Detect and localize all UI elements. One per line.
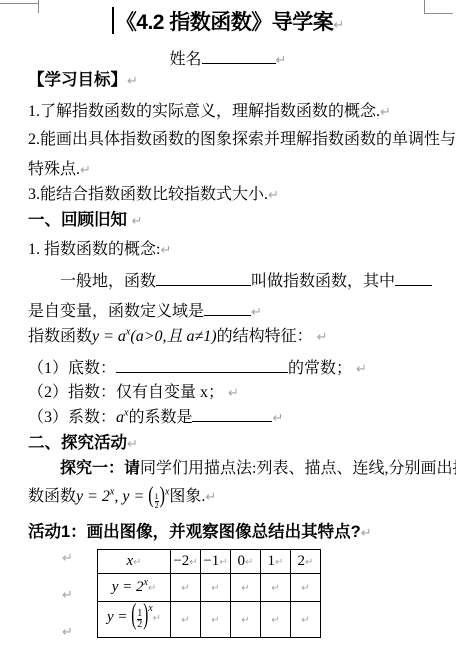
paragraph-mark: ↵ — [132, 214, 143, 229]
cell-mark: ↵ — [181, 583, 189, 594]
table-row-yhalfx: y = (12)x↵ ↵ ↵ ↵ ↵ ↵ — [98, 602, 321, 638]
paragraph-mark: ↵ — [205, 490, 216, 505]
empty-value-cell[interactable]: ↵ — [171, 574, 201, 602]
table-header-row: x↵ −2↵ −1↵ 0↵ 1↵ 2↵ — [98, 550, 321, 574]
cell-mark: ↵ — [181, 615, 189, 626]
row-label-y2x-cell[interactable]: y = 2x↵ — [98, 574, 171, 602]
feature-3-math: a — [116, 409, 124, 426]
header-value: −1 — [203, 553, 219, 569]
feature-2-text: （2）指数：仅有自变量 x； — [28, 384, 224, 401]
paragraph-mark: ↵ — [80, 163, 91, 178]
explore-header: 二、探究活动 — [28, 434, 127, 452]
table-header-cell[interactable]: −2↵ — [171, 550, 201, 574]
explore-formula-pre: 数函数 — [28, 488, 76, 505]
cell-mark: ↵ — [245, 557, 253, 568]
cell-mark: ↵ — [305, 557, 313, 568]
goal-2-line-2: 特殊点.↵ — [28, 160, 91, 181]
paragraph-mark: ↵ — [62, 551, 73, 566]
fraction-denominator: 2 — [137, 619, 142, 630]
paragraph-mark: ↵ — [251, 305, 262, 320]
empty-value-cell[interactable]: ↵ — [261, 602, 291, 638]
table-header-cell[interactable]: 0↵ — [231, 550, 261, 574]
header-value: 0 — [238, 553, 246, 569]
one-half-fraction: 12 — [155, 493, 159, 510]
goal-3-text: 3.能结合指数函数比较指数式大小. — [28, 186, 268, 203]
concept-line-2: 是自变量，函数定义域是↵ — [28, 300, 262, 323]
empty-value-cell[interactable]: ↵ — [261, 574, 291, 602]
empty-value-cell[interactable]: ↵ — [201, 574, 231, 602]
table-header-cell[interactable]: 2↵ — [291, 550, 321, 574]
concept-title-line: 1. 指数函数的概念:↵ — [28, 240, 171, 261]
text-cursor — [112, 7, 114, 34]
goal-3-line: 3.能结合指数函数比较指数式大小.↵ — [28, 185, 279, 206]
cell-mark: ↵ — [241, 583, 249, 594]
paragraph-mark: ↵ — [160, 243, 171, 258]
goal-2-text-1: 2.能画出具体指数函数的图象探索并理解指数函数的单调性与 — [28, 131, 456, 148]
page-title: 《4.2 指数函数》导学案 — [116, 11, 334, 34]
goal-2-line-1: 2.能画出具体指数函数的图象探索并理解指数函数的单调性与 — [28, 130, 456, 150]
paragraph-mark: ↵ — [333, 18, 344, 33]
feature-3-mid: 的系数是 — [128, 409, 192, 426]
title-line: 《4.2 指数函数》导学案↵ — [0, 7, 456, 42]
explore-formula-line: 数函数y = 2x, y = (12)x图象.↵ — [28, 487, 216, 510]
feature-1-pre: （1）底数： — [28, 360, 116, 377]
cell-mark: ↵ — [211, 583, 219, 594]
header-value: −2 — [173, 553, 189, 569]
structure-post: 的结构特征： — [217, 328, 313, 345]
cell-mark: ↵ — [219, 557, 227, 568]
goals-header: 【学习目标】 — [28, 71, 127, 89]
coefficient-blank[interactable] — [192, 406, 272, 422]
empty-value-cell[interactable]: ↵ — [291, 602, 321, 638]
row-label-yhalfx-cell[interactable]: y = (12)x↵ — [98, 602, 171, 638]
empty-value-cell[interactable]: ↵ — [291, 574, 321, 602]
header-value: 1 — [268, 553, 276, 569]
cell-mark: ↵ — [271, 615, 279, 626]
goal-1-text: 1.了解指数函数的实际意义，理解指数函数的概念. — [28, 103, 380, 120]
feature-2-line: （2）指数：仅有自变量 x； ↵ — [28, 383, 239, 404]
review-header-line: 一、回顾旧知 ↵ — [28, 210, 143, 232]
margin-crop-mark-top-left-h — [0, 3, 38, 4]
explore-q1-label: 探究一：请 — [60, 460, 140, 477]
table-header-cell[interactable]: 1↵ — [261, 550, 291, 574]
document-page: 《4.2 指数函数》导学案↵ 姓名↵ 【学习目标】↵ 1.了解指数函数的实际意义… — [0, 0, 456, 655]
paragraph-mark: ↵ — [127, 437, 138, 452]
left-paren: ( — [131, 599, 136, 633]
row-label-y2x: y = 2 — [112, 579, 144, 595]
paragraph-mark: ↵ — [62, 625, 73, 640]
paragraph-mark: ↵ — [356, 362, 367, 377]
paragraph-mark: ↵ — [62, 588, 73, 603]
header-value: 2 — [298, 553, 306, 569]
explore-formula-post: 图象. — [169, 488, 205, 505]
right-paren: ) — [160, 482, 165, 511]
domain-blank[interactable] — [204, 300, 251, 316]
paragraph-mark: ↵ — [228, 386, 239, 401]
concept-text-mid: 叫做指数函数，其中 — [251, 273, 395, 290]
one-half-fraction: 12 — [137, 609, 142, 630]
name-line: 姓名↵ — [0, 48, 456, 71]
name-blank[interactable] — [202, 48, 276, 64]
cell-mark: ↵ — [153, 613, 161, 624]
table-header-cell[interactable]: −1↵ — [201, 550, 231, 574]
cell-mark: ↵ — [241, 615, 249, 626]
goal-1-line: 1.了解指数函数的实际意义，理解指数函数的概念.↵ — [28, 102, 391, 123]
name-label: 姓名 — [170, 51, 202, 68]
feature-1-post: 的常数； — [288, 360, 352, 377]
formula-y2x: y = 2 — [76, 488, 110, 505]
empty-value-cell[interactable]: ↵ — [231, 602, 261, 638]
base-blank[interactable] — [116, 357, 288, 373]
activity-header-line: 活动1：画出图像，并观察图像总结出其特点?↵ — [28, 522, 372, 544]
table-row-y2x: y = 2x↵ ↵ ↵ ↵ ↵ ↵ — [98, 574, 321, 602]
feature-1-line: （1）底数：的常数； ↵ — [28, 357, 367, 380]
explore-q1-text: 同学们用描点法:列表、描点、连线,分别画出指 — [140, 460, 456, 477]
empty-value-cell[interactable]: ↵ — [201, 602, 231, 638]
row-label-yhalfx: y = — [107, 609, 128, 625]
structure-math-1: y = a — [92, 328, 126, 345]
concept-text-pre: 一般地，函数 — [60, 273, 156, 290]
left-paren: ( — [148, 482, 153, 511]
paragraph-mark: ↵ — [127, 74, 138, 89]
paragraph-mark: ↵ — [268, 188, 279, 203]
values-table: x↵ −2↵ −1↵ 0↵ 1↵ 2↵ y = 2x↵ ↵ ↵ ↵ ↵ ↵ y … — [97, 549, 321, 638]
structure-line: 指数函数y = ax(a>0,且 a≠1)的结构特征： ↵ — [28, 327, 328, 348]
goals-header-line: 【学习目标】↵ — [28, 70, 138, 92]
variable-blank[interactable] — [395, 270, 432, 286]
explore-header-line: 二、探究活动↵ — [28, 433, 138, 455]
cell-mark: ↵ — [271, 583, 279, 594]
fraction-numerator: 1 — [137, 609, 142, 619]
formula-mid: , y = — [114, 488, 144, 505]
structure-math-2: (a>0,且 a≠1) — [130, 328, 216, 345]
paragraph-mark: ↵ — [361, 526, 372, 541]
cell-mark: ↵ — [211, 615, 219, 626]
structure-pre: 指数函数 — [28, 328, 92, 345]
fraction-numerator: 1 — [155, 493, 159, 501]
paragraph-mark: ↵ — [317, 330, 328, 345]
feature-3-line: （3）系数：ax的系数是↵ — [28, 406, 283, 429]
cell-mark: ↵ — [301, 615, 309, 626]
cell-mark: ↵ — [133, 557, 141, 568]
paragraph-mark: ↵ — [272, 411, 283, 426]
goal-2-text-2: 特殊点. — [28, 161, 80, 178]
right-paren: ) — [143, 599, 148, 633]
fraction-denominator: 2 — [155, 501, 159, 510]
activity-header: 活动1：画出图像，并观察图像总结出其特点? — [28, 523, 361, 541]
concept-line-1: 一般地，函数叫做指数函数，其中 — [60, 270, 432, 292]
explore-q1-line: 探究一：请同学们用描点法:列表、描点、连线,分别画出指 — [60, 459, 456, 479]
concept-text-2: 是自变量，函数定义域是 — [28, 303, 204, 320]
feature-3-pre: （3）系数： — [28, 409, 116, 426]
cell-mark: ↵ — [148, 583, 156, 594]
paragraph-mark: ↵ — [276, 53, 287, 68]
cell-mark: ↵ — [275, 557, 283, 568]
empty-value-cell[interactable]: ↵ — [171, 602, 201, 638]
empty-value-cell[interactable]: ↵ — [231, 574, 261, 602]
table-header-x-cell[interactable]: x↵ — [98, 550, 171, 574]
definition-blank[interactable] — [156, 270, 251, 286]
concept-title: 1. 指数函数的概念: — [28, 241, 160, 258]
review-header: 一、回顾旧知 — [28, 211, 127, 229]
paragraph-mark: ↵ — [380, 105, 391, 120]
cell-mark: ↵ — [189, 557, 197, 568]
cell-mark: ↵ — [301, 583, 309, 594]
